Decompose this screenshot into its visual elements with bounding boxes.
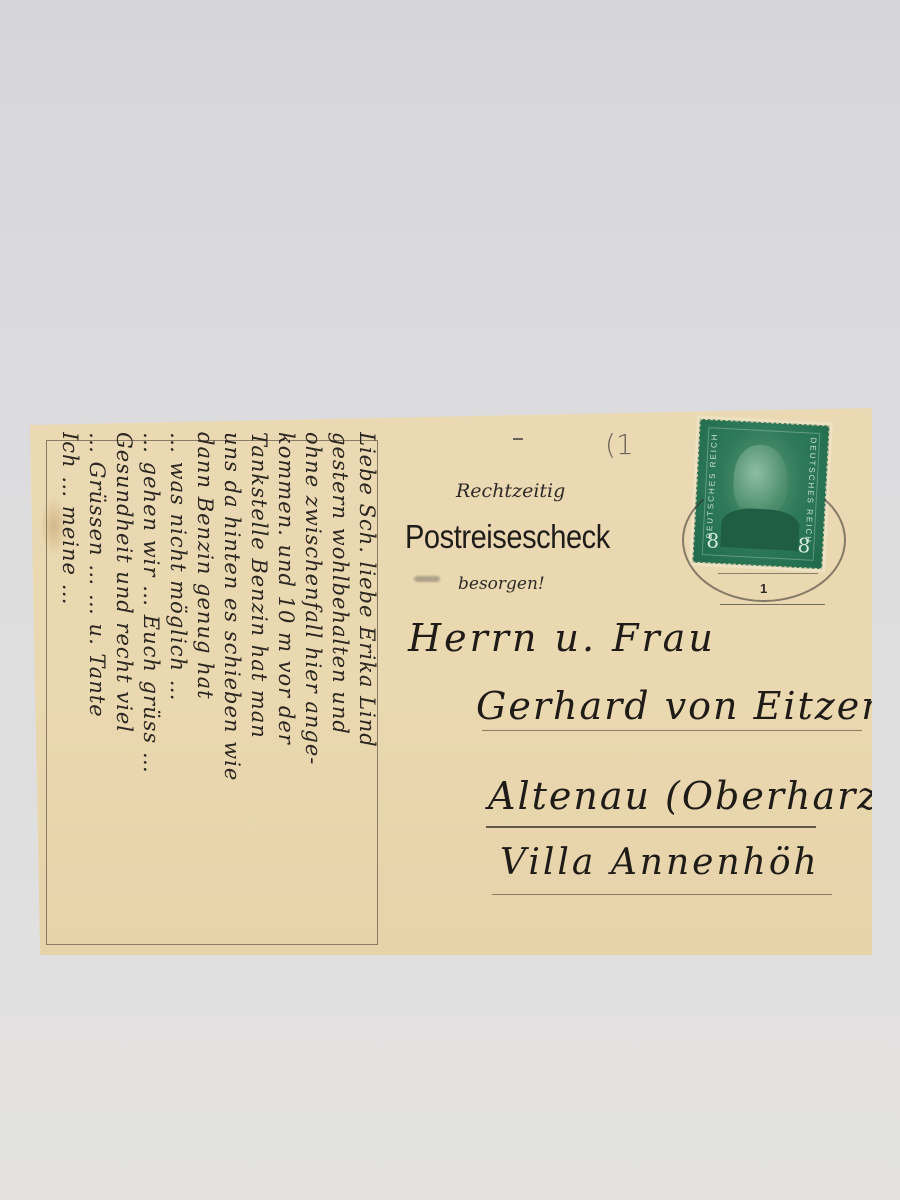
pencil-dash [513,438,523,440]
message-line: dann Benzin genug hat [191,432,218,937]
message-line: … Grüssen … … u. Tante [83,432,110,937]
message-line: Tankstelle Benzin hat man [245,432,272,937]
message-line: … gehen wir … Euch grüss … [137,432,164,937]
message-line: … was nicht möglich … [164,432,191,937]
message-line: uns da hinten es schieben wie [218,432,245,937]
photo-scene: Liebe Sch. liebe Erika Lind gestern wohl… [0,0,900,1200]
pencil-note: (1 [605,428,634,461]
address-line-2: Gerhard von Eitzen [476,684,888,728]
address-line-1: Herrn u. Frau [408,616,716,660]
message-line: Liebe Sch. liebe Erika Lind [353,432,380,937]
address-line-4: Villa Annenhöh [500,842,820,883]
address-rule [492,894,832,895]
message-area: Liebe Sch. liebe Erika Lind gestern wohl… [38,426,378,946]
ink-smudge [414,576,440,582]
message-line: Ich … meine … [60,432,83,937]
handwritten-message: Liebe Sch. liebe Erika Lind gestern wohl… [60,432,380,937]
postmark-number: 1 [760,581,767,596]
postmark-slogan-bottom: besorgen! [458,574,545,594]
message-line: Gesundheit und recht viel [110,432,137,937]
address-rule-top [720,604,825,605]
postcard: Liebe Sch. liebe Erika Lind gestern wohl… [30,408,872,955]
message-line: kommen. und 10 m vor der [272,432,299,937]
address-rule [482,730,862,731]
address-line-3: Altenau (Oberharz [488,774,879,818]
address-underline [486,826,816,828]
postmark-slogan-main: Postreisescheck [405,518,610,556]
postmark-slogan-top: Rechtzeitig [456,480,565,502]
message-line: gestern wohlbehalten und [326,432,353,937]
postmark-bar [718,573,818,574]
message-line: ohne zwischenfall hier ange- [299,432,326,937]
